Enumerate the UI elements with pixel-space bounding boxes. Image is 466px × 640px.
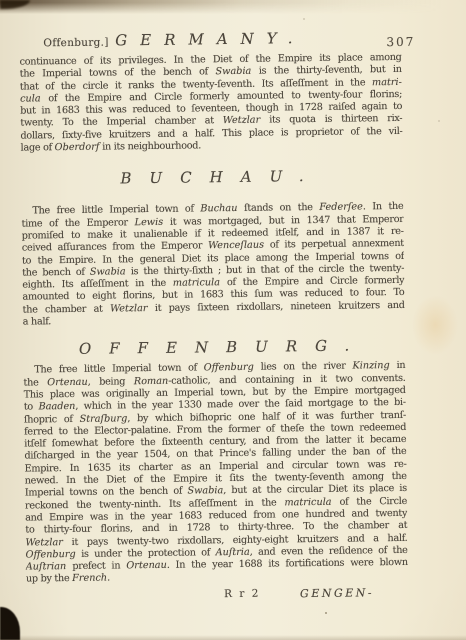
header-running-title: GERMANY. xyxy=(115,29,305,49)
page-content: Offenburg.] GERMANY. 307 continuance of … xyxy=(19,26,408,604)
paper-speck xyxy=(325,612,327,614)
scanned-book-page: { "colors": { "paper": "#f1ebd6", "ink":… xyxy=(0,0,466,640)
paragraph: The free little Imperial town of Offenbu… xyxy=(23,360,408,586)
paper-smudge xyxy=(412,295,458,355)
paragraph: continuance of its privileges. In the Di… xyxy=(20,52,403,155)
paper-speck xyxy=(303,18,305,20)
catchword: GENGEN- xyxy=(300,586,374,600)
header-catch-title: Offenburg.] xyxy=(43,36,108,49)
section-heading: OFFENBURG. xyxy=(23,336,405,359)
page-footer: R r 2 GENGEN- xyxy=(26,586,408,605)
signature-mark: R r 2 xyxy=(224,587,260,599)
running-head: Offenburg.] GERMANY. 307 xyxy=(19,26,401,51)
sections: continuance of its privileges. In the Di… xyxy=(20,52,408,586)
paragraph: The free little Imperial town of Buchau … xyxy=(21,201,404,329)
page-number: 307 xyxy=(386,35,415,49)
section-heading: BUCHAU. xyxy=(21,166,403,189)
paper-speck xyxy=(438,120,440,122)
scan-edge-artifact-top xyxy=(0,0,466,14)
scan-corner-artifact-bottom-left xyxy=(0,607,20,640)
scan-edge-artifact-bottom xyxy=(0,635,466,640)
